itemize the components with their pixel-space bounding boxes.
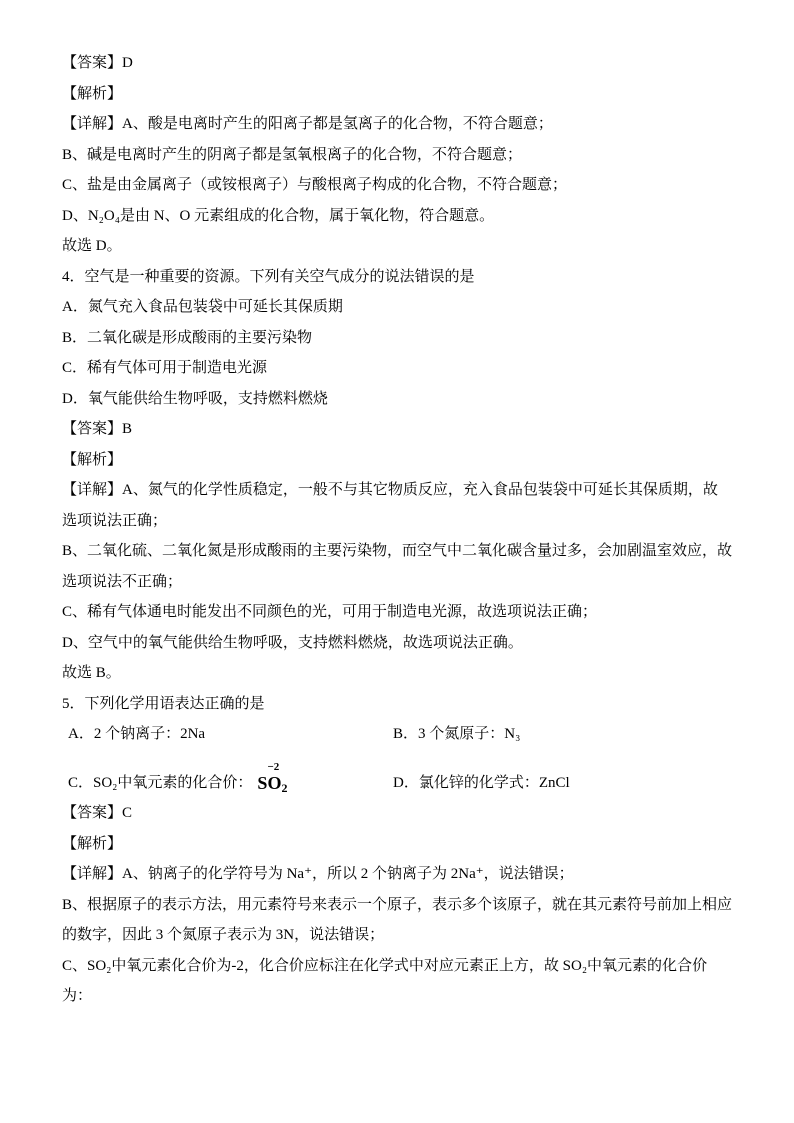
- q5-option-c: C．SO₂中氧元素的化合价：S−2O2: [62, 768, 393, 799]
- q4-conclusion: 故选 B。: [62, 658, 732, 689]
- q5-option-d: D．氯化锌的化学式：ZnCl: [393, 768, 732, 799]
- q5-option-a: A．2 个钠离子：2Na: [62, 719, 393, 750]
- q3-answer-line: 【答案】D: [62, 48, 732, 79]
- formula-element-s: S: [257, 773, 267, 793]
- q5-detail-a: 【详解】A、钠离子的化学符号为 Na⁺，所以 2 个钠离子为 2Na⁺，说法错误…: [62, 859, 732, 890]
- q5-answer-line: 【答案】C: [62, 798, 732, 829]
- q5-detail-c: C、SO₂中氧元素化合价为-2，化合价应标注在化学式中对应元素正上方，故 SO₂…: [62, 951, 732, 1012]
- q5-stem: 5．下列化学用语表达正确的是: [62, 689, 732, 720]
- formula-element-o-wrap: −2O: [267, 774, 281, 792]
- q5-detail-b: B、根据原子的表示方法，用元素符号来表示一个原子，表示多个该原子，就在其元素符号…: [62, 890, 732, 951]
- q4-option-d: D．氧气能供给生物呼吸，支持燃料燃烧: [62, 384, 732, 415]
- q3-analysis-line: 【解析】: [62, 79, 732, 110]
- document-page: 【答案】D 【解析】 【详解】A、酸是电离时产生的阳离子都是氢离子的化合物，不符…: [0, 0, 794, 1123]
- q4-detail-d: D、空气中的氧气能供给生物呼吸，支持燃料燃烧，故选项说法正确。: [62, 628, 732, 659]
- q4-option-c: C．稀有气体可用于制造电光源: [62, 353, 732, 384]
- q4-option-b: B．二氧化碳是形成酸雨的主要污染物: [62, 323, 732, 354]
- q3-conclusion: 故选 D。: [62, 231, 732, 262]
- q3-detail-d: D、N₂O₄是由 N、O 元素组成的化合物，属于氧化物，符合题意。: [62, 201, 732, 232]
- q5-analysis-line: 【解析】: [62, 829, 732, 860]
- q3-detail-c: C、盐是由金属离子（或铵根离子）与酸根离子构成的化合物，不符合题意；: [62, 170, 732, 201]
- q4-detail-a: 【详解】A、氮气的化学性质稳定，一般不与其它物质反应，充入食品包装袋中可延长其保…: [62, 475, 732, 536]
- q4-answer-line: 【答案】B: [62, 414, 732, 445]
- q4-detail-b: B、二氧化硫、二氧化氮是形成酸雨的主要污染物，而空气中二氧化碳含量过多，会加剧温…: [62, 536, 732, 597]
- q3-detail-b: B、碱是电离时产生的阴离子都是氢氧根离子的化合物，不符合题意；: [62, 140, 732, 171]
- q4-analysis-line: 【解析】: [62, 445, 732, 476]
- formula-subscript: 2: [281, 781, 287, 795]
- q4-option-a: A．氮气充入食品包装袋中可延长其保质期: [62, 292, 732, 323]
- q5-options-row-ab: A．2 个钠离子：2Na B．3 个氮原子：N₃: [62, 719, 732, 750]
- document-body: 【答案】D 【解析】 【详解】A、酸是电离时产生的阳离子都是氢离子的化合物，不符…: [62, 48, 732, 1012]
- q5-options-row-cd: C．SO₂中氧元素的化合价：S−2O2 D．氯化锌的化学式：ZnCl: [62, 768, 732, 799]
- q4-detail-c: C、稀有气体通电时能发出不同颜色的光，可用于制造电光源，故选项说法正确；: [62, 597, 732, 628]
- formula-valence-label: −2: [267, 762, 279, 773]
- formula-element-o: O: [267, 773, 281, 793]
- q3-detail-a: 【详解】A、酸是电离时产生的阳离子都是氢离子的化合物，不符合题意；: [62, 109, 732, 140]
- q4-stem: 4．空气是一种重要的资源。下列有关空气成分的说法错误的是: [62, 262, 732, 293]
- q5-option-b: B．3 个氮原子：N₃: [393, 719, 732, 750]
- so2-valence-formula: S−2O2: [257, 774, 287, 792]
- q5-option-c-label: C．SO₂中氧元素的化合价：: [68, 775, 252, 791]
